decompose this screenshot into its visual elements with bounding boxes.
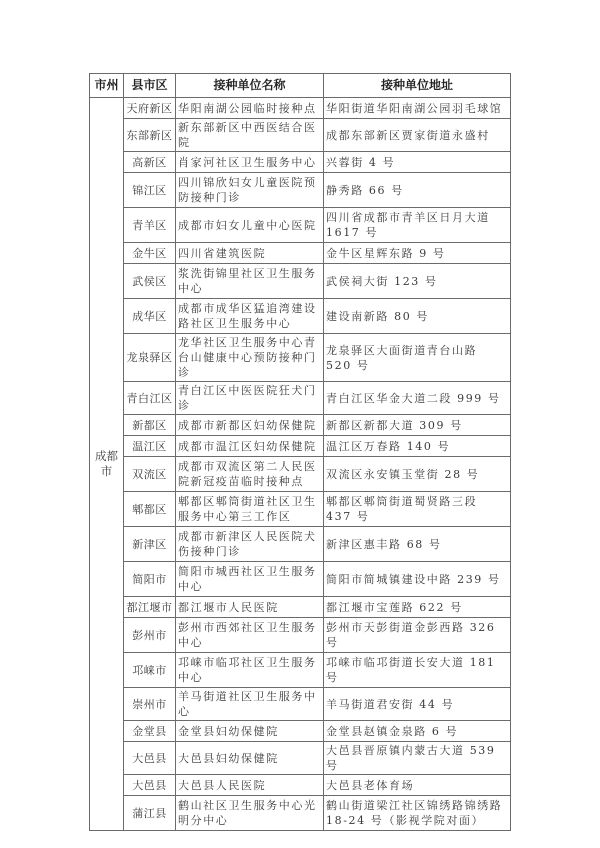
- table-row: 青羊区成都市妇女儿童中心医院四川省成都市青羊区日月大道 1617 号: [90, 208, 511, 243]
- site-name-cell: 彭州市西郊社区卫生服务中心: [176, 618, 324, 653]
- site-name-cell: 简阳市城西社区卫生服务中心: [176, 562, 324, 597]
- site-address-cell: 郫都区郫筒街道蜀贤路三段 437 号: [324, 492, 511, 527]
- header-city: 市州: [90, 74, 124, 98]
- county-cell: 金堂县: [124, 721, 176, 742]
- table-row: 大邑县大邑县人民医院大邑县老体育场: [90, 775, 511, 796]
- county-cell: 成华区: [124, 299, 176, 334]
- site-address-cell: 建设南新路 80 号: [324, 299, 511, 334]
- table-row: 龙泉驿区龙华社区卫生服务中心青台山健康中心预防接种门诊龙泉驿区大面街道青台山路 …: [90, 334, 511, 382]
- county-cell: 温江区: [124, 436, 176, 457]
- site-name-cell: 青白江区中医医院狂犬门诊: [176, 382, 324, 415]
- site-name-cell: 鹤山社区卫生服务中心光明分中心: [176, 796, 324, 831]
- county-cell: 青羊区: [124, 208, 176, 243]
- site-name-cell: 大邑县妇幼保健院: [176, 742, 324, 775]
- site-address-cell: 四川省成都市青羊区日月大道 1617 号: [324, 208, 511, 243]
- site-address-cell: 金堂县赵镇金泉路 6 号: [324, 721, 511, 742]
- table-row: 青白江区青白江区中医医院狂犬门诊青白江区华金大道二段 999 号: [90, 382, 511, 415]
- site-address-cell: 简阳市简城镇建设中路 239 号: [324, 562, 511, 597]
- site-name-cell: 羊马街道社区卫生服务中心: [176, 688, 324, 721]
- site-address-cell: 双流区永安镇玉堂街 28 号: [324, 457, 511, 492]
- city-cell: 成都市: [90, 98, 124, 831]
- site-address-cell: 华阳街道华阳南湖公园羽毛球馆: [324, 98, 511, 119]
- county-cell: 青白江区: [124, 382, 176, 415]
- site-name-cell: 金堂县妇幼保健院: [176, 721, 324, 742]
- site-address-cell: 新津区惠丰路 68 号: [324, 527, 511, 562]
- site-name-cell: 肖家河社区卫生服务中心: [176, 152, 324, 173]
- site-name-cell: 都江堰市人民医院: [176, 597, 324, 618]
- table-row: 新都区成都市新都区妇幼保健院新都区新都大道 309 号: [90, 415, 511, 436]
- table-row: 金堂县金堂县妇幼保健院金堂县赵镇金泉路 6 号: [90, 721, 511, 742]
- table-row: 大邑县大邑县妇幼保健院大邑县晋原镇内蒙古大道 539 号: [90, 742, 511, 775]
- table-row: 邛崃市邛崃市临邛社区卫生服务中心邛崃市临邛街道长安大道 181 号: [90, 653, 511, 688]
- table-header-row: 市州 县市区 接种单位名称 接种单位地址: [90, 74, 511, 98]
- table-row: 东部新区新东部新区中西医结合医院成都东部新区贾家街道永盛村: [90, 119, 511, 152]
- table-row: 新津区成都市新津区人民医院犬伤接种门诊新津区惠丰路 68 号: [90, 527, 511, 562]
- table-row: 彭州市彭州市西郊社区卫生服务中心彭州市天彭街道金彭西路 326 号: [90, 618, 511, 653]
- table-row: 武侯区浆洗街锦里社区卫生服务中心武侯祠大街 123 号: [90, 264, 511, 299]
- site-address-cell: 大邑县老体育场: [324, 775, 511, 796]
- site-address-cell: 鹤山街道梁江社区锦绣路锦绣路 18-24 号（影视学院对面）: [324, 796, 511, 831]
- site-name-cell: 大邑县人民医院: [176, 775, 324, 796]
- site-address-cell: 邛崃市临邛街道长安大道 181 号: [324, 653, 511, 688]
- county-cell: 东部新区: [124, 119, 176, 152]
- site-address-cell: 新都区新都大道 309 号: [324, 415, 511, 436]
- header-county: 县市区: [124, 74, 176, 98]
- table-row: 蒲江县鹤山社区卫生服务中心光明分中心鹤山街道梁江社区锦绣路锦绣路 18-24 号…: [90, 796, 511, 831]
- table-row: 都江堰市都江堰市人民医院都江堰市宝莲路 622 号: [90, 597, 511, 618]
- site-address-cell: 武侯祠大街 123 号: [324, 264, 511, 299]
- county-cell: 大邑县: [124, 775, 176, 796]
- county-cell: 大邑县: [124, 742, 176, 775]
- site-name-cell: 邛崃市临邛社区卫生服务中心: [176, 653, 324, 688]
- county-cell: 双流区: [124, 457, 176, 492]
- site-address-cell: 龙泉驿区大面街道青台山路 520 号: [324, 334, 511, 382]
- site-address-cell: 静秀路 66 号: [324, 173, 511, 208]
- site-name-cell: 成都市妇女儿童中心医院: [176, 208, 324, 243]
- header-site-name: 接种单位名称: [176, 74, 324, 98]
- county-cell: 简阳市: [124, 562, 176, 597]
- county-cell: 都江堰市: [124, 597, 176, 618]
- county-cell: 锦江区: [124, 173, 176, 208]
- county-cell: 新津区: [124, 527, 176, 562]
- site-name-cell: 浆洗街锦里社区卫生服务中心: [176, 264, 324, 299]
- site-address-cell: 成都东部新区贾家街道永盛村: [324, 119, 511, 152]
- site-name-cell: 成都市新都区妇幼保健院: [176, 415, 324, 436]
- site-name-cell: 成都市成华区猛追湾建设路社区卫生服务中心: [176, 299, 324, 334]
- county-cell: 金牛区: [124, 243, 176, 264]
- table-row: 崇州市羊马街道社区卫生服务中心羊马街道君安街 44 号: [90, 688, 511, 721]
- table-row: 锦江区四川锦欣妇女儿童医院预防接种门诊静秀路 66 号: [90, 173, 511, 208]
- site-address-cell: 青白江区华金大道二段 999 号: [324, 382, 511, 415]
- county-cell: 高新区: [124, 152, 176, 173]
- site-name-cell: 四川锦欣妇女儿童医院预防接种门诊: [176, 173, 324, 208]
- site-name-cell: 成都市新津区人民医院犬伤接种门诊: [176, 527, 324, 562]
- site-address-cell: 兴蓉街 4 号: [324, 152, 511, 173]
- header-site-address: 接种单位地址: [324, 74, 511, 98]
- table-row: 高新区肖家河社区卫生服务中心兴蓉街 4 号: [90, 152, 511, 173]
- county-cell: 蒲江县: [124, 796, 176, 831]
- site-address-cell: 金牛区星辉东路 9 号: [324, 243, 511, 264]
- site-name-cell: 成都市温江区妇幼保健院: [176, 436, 324, 457]
- county-cell: 武侯区: [124, 264, 176, 299]
- county-cell: 崇州市: [124, 688, 176, 721]
- vaccination-sites-table: 市州 县市区 接种单位名称 接种单位地址 成都市天府新区华阳南湖公园临时接种点华…: [89, 73, 511, 831]
- table-row: 双流区成都市双流区第二人民医院新冠疫苗临时接种点双流区永安镇玉堂街 28 号: [90, 457, 511, 492]
- site-address-cell: 大邑县晋原镇内蒙古大道 539 号: [324, 742, 511, 775]
- county-cell: 郫都区: [124, 492, 176, 527]
- county-cell: 天府新区: [124, 98, 176, 119]
- site-name-cell: 新东部新区中西医结合医院: [176, 119, 324, 152]
- site-name-cell: 成都市双流区第二人民医院新冠疫苗临时接种点: [176, 457, 324, 492]
- table-row: 金牛区四川省建筑医院金牛区星辉东路 9 号: [90, 243, 511, 264]
- table-body: 成都市天府新区华阳南湖公园临时接种点华阳街道华阳南湖公园羽毛球馆东部新区新东部新…: [90, 98, 511, 831]
- site-address-cell: 都江堰市宝莲路 622 号: [324, 597, 511, 618]
- site-address-cell: 彭州市天彭街道金彭西路 326 号: [324, 618, 511, 653]
- table-row: 温江区成都市温江区妇幼保健院温江区万春路 140 号: [90, 436, 511, 457]
- site-address-cell: 温江区万春路 140 号: [324, 436, 511, 457]
- site-name-cell: 龙华社区卫生服务中心青台山健康中心预防接种门诊: [176, 334, 324, 382]
- table-row: 简阳市简阳市城西社区卫生服务中心简阳市简城镇建设中路 239 号: [90, 562, 511, 597]
- site-address-cell: 羊马街道君安街 44 号: [324, 688, 511, 721]
- county-cell: 彭州市: [124, 618, 176, 653]
- county-cell: 新都区: [124, 415, 176, 436]
- table-row: 郫都区郫都区郫筒街道社区卫生服务中心第三工作区郫都区郫筒街道蜀贤路三段 437 …: [90, 492, 511, 527]
- site-name-cell: 华阳南湖公园临时接种点: [176, 98, 324, 119]
- site-name-cell: 郫都区郫筒街道社区卫生服务中心第三工作区: [176, 492, 324, 527]
- table-row: 成都市天府新区华阳南湖公园临时接种点华阳街道华阳南湖公园羽毛球馆: [90, 98, 511, 119]
- site-name-cell: 四川省建筑医院: [176, 243, 324, 264]
- county-cell: 龙泉驿区: [124, 334, 176, 382]
- county-cell: 邛崃市: [124, 653, 176, 688]
- table-row: 成华区成都市成华区猛追湾建设路社区卫生服务中心建设南新路 80 号: [90, 299, 511, 334]
